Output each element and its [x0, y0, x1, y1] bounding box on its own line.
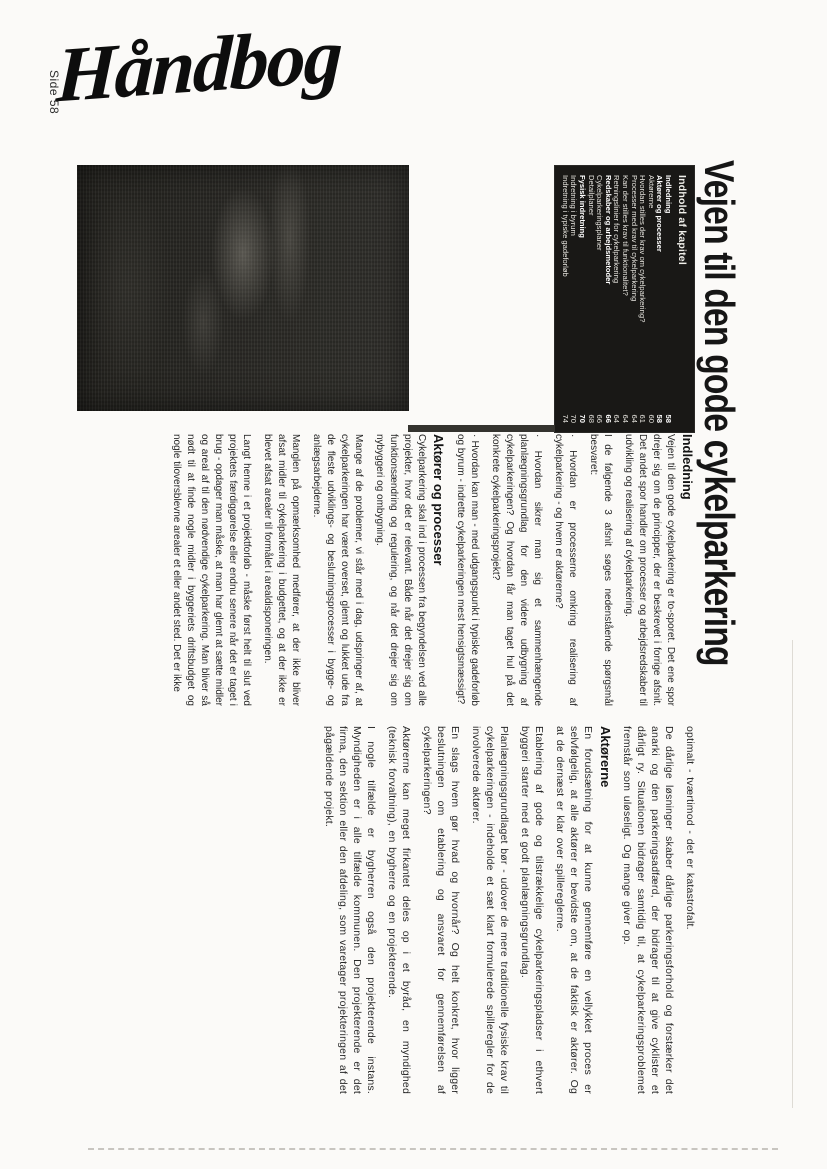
body-paragraph: I nogle tilfælde er bygherren også den p… [322, 726, 378, 1094]
page-number-label: Side 58 [47, 70, 61, 114]
body-paragraph: Etablering af gode og tilstrækkelige cyk… [518, 726, 546, 1094]
toc-entry-label: Indretning i byrum [569, 175, 578, 236]
toc-entry: Indledning58 [663, 175, 672, 423]
body-paragraph: I de følgende 3 afsnit søges nedenståend… [586, 434, 614, 706]
toc-entry-page: 70 [569, 415, 578, 423]
body-paragraph: Langt henne i et projektforløb - måske f… [169, 434, 253, 706]
body-paragraph: optimalt - tværtimod - det er katastrofa… [683, 726, 697, 1094]
body-paragraph: En slags hvem gør hvad og hvornår? Og he… [420, 726, 462, 1094]
body-paragraph: · Hvordan kan man - med udgangspunkt i t… [453, 434, 481, 706]
toc-entry: Retningslinier for cykelparkering64 [612, 175, 621, 423]
toc-entries: Indledning58Aktører og processer58Aktøre… [560, 175, 672, 423]
body-paragraph: Cykelparkering skal ind i processen fra … [372, 434, 428, 706]
toc-photo-connector-bar [408, 425, 555, 432]
bicycle-parking-photo [77, 165, 409, 411]
body-paragraph: · Hvordan sikrer man sig et sammenhængen… [488, 434, 544, 706]
chapter-toc-box: Indhold af kapitel Indledning58Aktører o… [554, 165, 695, 433]
toc-entry: Processer med krav til cykelparkering64 [629, 175, 638, 423]
page-title: Vejen til den gode cykelparkering [695, 160, 743, 666]
toc-entry-label: Fysisk indretning [577, 175, 586, 238]
body-paragraph: Mange af de problemer, vi står med i dag… [309, 434, 365, 706]
body-paragraph: · Hvordan er processerne omkring realise… [551, 434, 579, 706]
toc-entry-label: Kan der stilles krav til funktionalitet? [620, 175, 629, 296]
toc-entry-page: 66 [595, 415, 604, 423]
toc-entry-page: 58 [663, 415, 672, 423]
toc-entry: Aktørerne60 [646, 175, 655, 423]
body-paragraph: En forudsætning for at kunne gennemføre … [553, 726, 595, 1094]
rotated-landscape-content: Vejen til den gode cykelparkering Indhol… [0, 0, 827, 1169]
column-right: optimalt - tværtimod - det er katastrofa… [315, 726, 697, 1094]
toc-entry: Hvordan stilles der krav om cykelparkeri… [638, 175, 647, 423]
toc-entry: Redskaber og arbejdsmetoder66 [603, 175, 612, 423]
toc-entry: Cykelparkeringsplaner66 [595, 175, 604, 423]
toc-entry-label: Aktørerne [646, 175, 655, 208]
toc-entry-page: 74 [560, 415, 569, 423]
toc-header: Indhold af kapitel [676, 175, 688, 423]
toc-entry-page: 68 [586, 415, 595, 423]
toc-entry-label: Redskaber og arbejdsmetoder [603, 175, 612, 284]
toc-entry-page: 60 [646, 415, 655, 423]
body-paragraph: Planlægningsgrundlaget bør - udover de m… [469, 726, 511, 1094]
toc-entry-label: Processer med krav til cykelparkering [629, 175, 638, 301]
toc-entry-label: Aktører og processer [655, 175, 664, 252]
toc-entry-page: 61 [638, 415, 647, 423]
column-main: IndledningVejen til den gode cykelparker… [162, 434, 697, 706]
toc-entry-page: 58 [655, 415, 664, 423]
toc-entry: Indretning i byrum70 [569, 175, 578, 423]
scanned-binder-page: Håndbog Vejen til den gode cykelparkerin… [0, 0, 827, 1169]
toc-entry: Detailplaner68 [586, 175, 595, 423]
toc-entry-label: Hvordan stilles der krav om cykelparkeri… [638, 175, 647, 322]
toc-entry: Aktører og processer58 [655, 175, 664, 423]
toc-entry-label: Indretning i typiske gadeforløb [560, 175, 569, 277]
perforation-dashed-line [88, 1148, 778, 1150]
body-paragraph: Aktørerne kan meget firkantet deles op i… [385, 726, 413, 1094]
toc-entry-label: Detailplaner [586, 175, 595, 216]
page-edge-line [792, 640, 793, 1108]
section-heading: Aktørerne [598, 726, 613, 1094]
toc-entry: Kan der stilles krav til funktionalitet?… [620, 175, 629, 423]
section-heading: Indledning [680, 434, 695, 706]
toc-entry-page: 64 [612, 415, 621, 423]
toc-entry-page: 64 [620, 415, 629, 423]
toc-entry-page: 70 [577, 415, 586, 423]
toc-entry: Indretning i typiske gadeforløb74 [560, 175, 569, 423]
body-paragraph: Vejen til den gode cykelparkering er to-… [621, 434, 677, 706]
toc-entry: Fysisk indretning70 [577, 175, 586, 423]
toc-entry-page: 66 [603, 415, 612, 423]
section-heading: Aktører og processer [431, 434, 446, 706]
toc-entry-label: Retningslinier for cykelparkering [612, 175, 621, 283]
body-paragraph: Manglen på opmærksomhed medfører, at der… [260, 434, 302, 706]
body-paragraph: De dårlige løsninger skaber dårlige park… [620, 726, 676, 1094]
toc-entry-label: Cykelparkeringsplaner [595, 175, 604, 251]
toc-entry-page: 64 [629, 415, 638, 423]
toc-entry-label: Indledning [663, 175, 672, 213]
